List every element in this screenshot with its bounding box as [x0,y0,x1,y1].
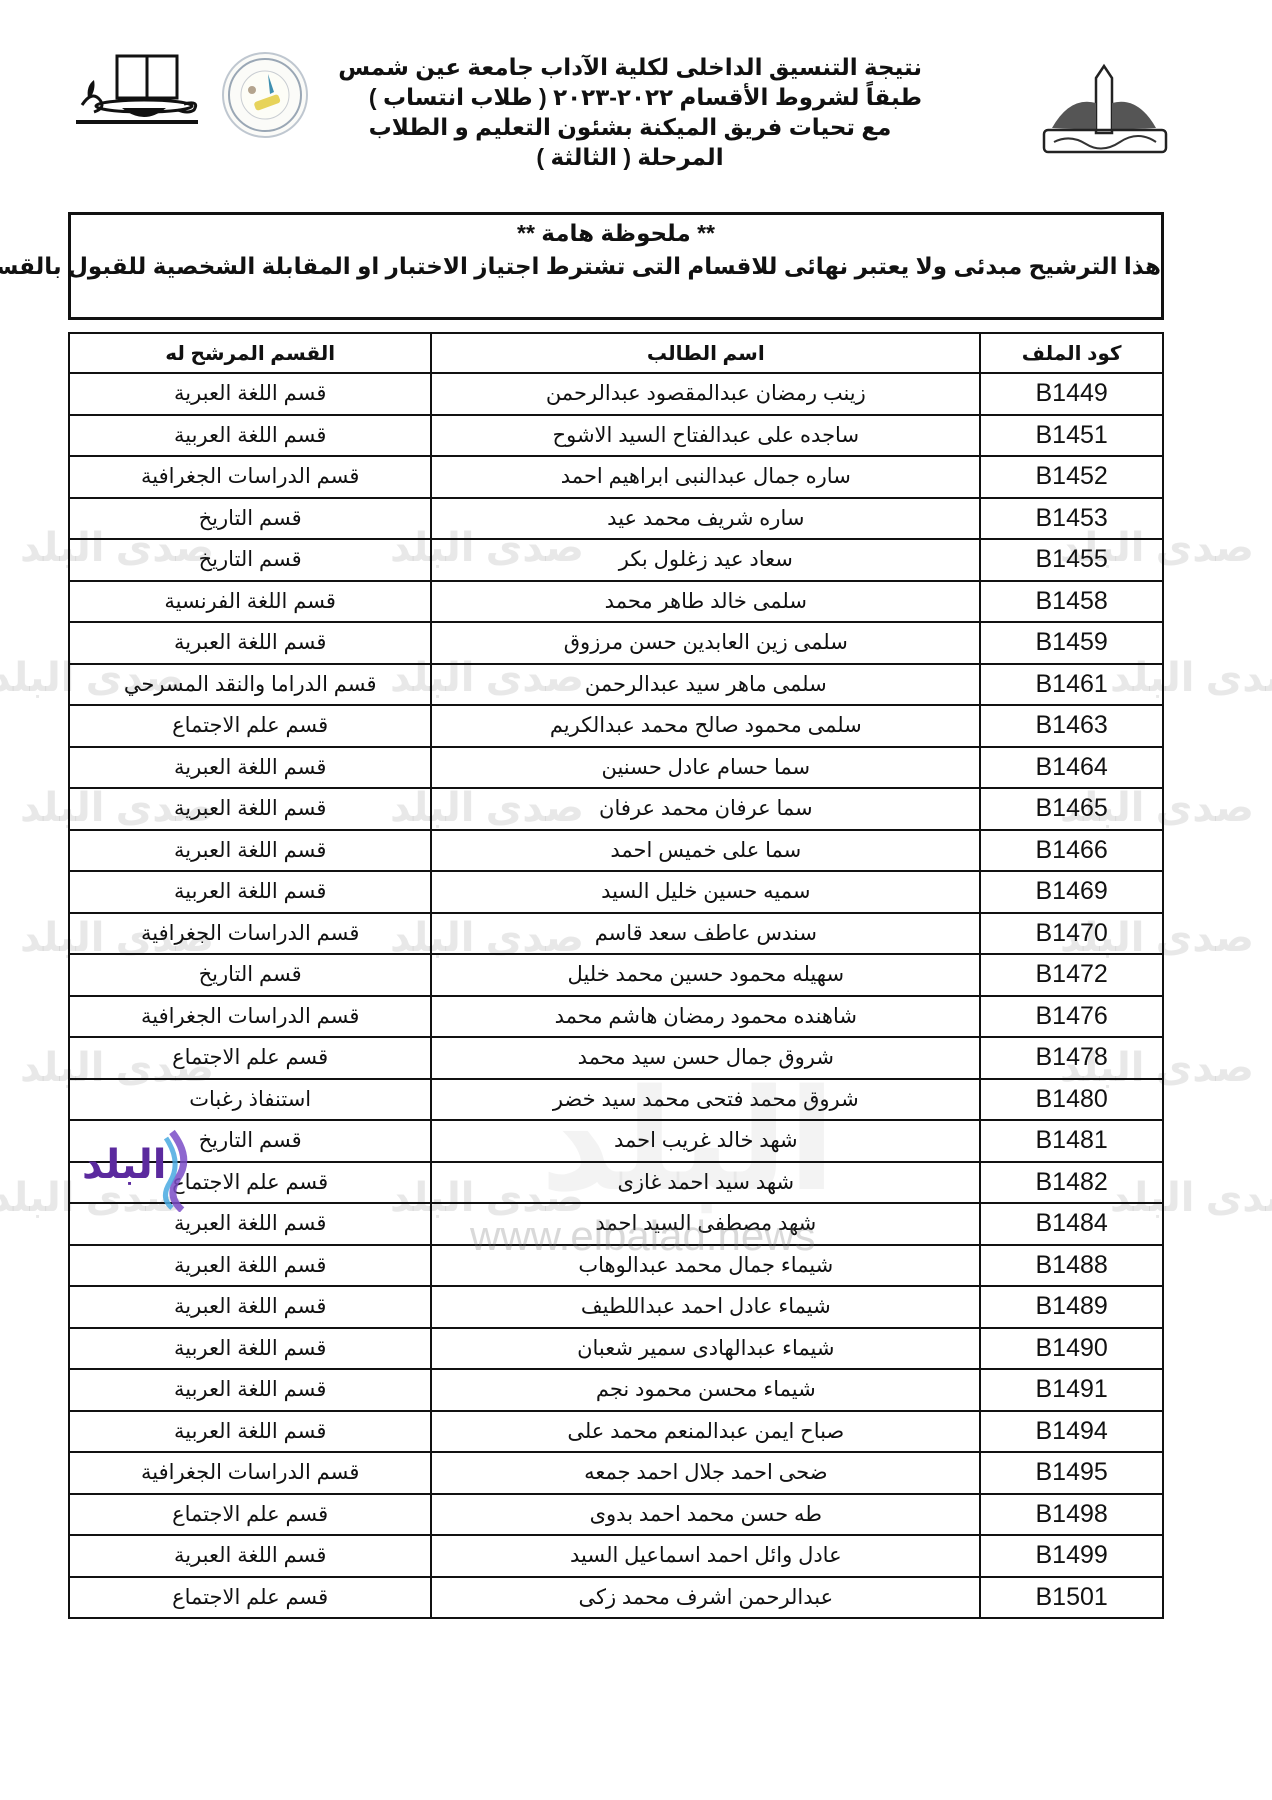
file-code: B1488 [980,1245,1163,1287]
student-name: شاهنده محمود رمضان هاشم محمد [431,996,980,1038]
department: قسم اللغة العبرية [69,1203,431,1245]
column-header-dept: القسم المرشح له [69,333,431,373]
department: قسم علم الاجتماع [69,1162,431,1204]
quality-assurance-logo [222,52,308,138]
student-name: عادل وائل احمد اسماعيل السيد [431,1535,980,1577]
file-code: B1476 [980,996,1163,1038]
table-row: B1466سما على خميس احمدقسم اللغة العبرية [69,830,1163,872]
student-name: زينب رمضان عبدالمقصود عبدالرحمن [431,373,980,415]
file-code: B1461 [980,664,1163,706]
department: قسم اللغة العبرية [69,830,431,872]
department: قسم اللغة العبرية [69,1245,431,1287]
table-row: B1452ساره جمال عبدالنبى ابراهيم احمدقسم … [69,456,1163,498]
department: قسم علم الاجتماع [69,1577,431,1619]
table-row: B1455سعاد عيد زغلول بكرقسم التاريخ [69,539,1163,581]
department: قسم اللغة العبرية [69,622,431,664]
table-row: B1449زينب رمضان عبدالمقصود عبدالرحمنقسم … [69,373,1163,415]
file-code: B1453 [980,498,1163,540]
department: قسم الدراسات الجغرافية [69,1452,431,1494]
file-code: B1469 [980,871,1163,913]
table-row: B1489شيماء عادل احمد عبداللطيفقسم اللغة … [69,1286,1163,1328]
student-name: سما عرفان محمد عرفان [431,788,980,830]
department: قسم اللغة العبرية [69,1535,431,1577]
student-name: شيماء جمال محمد عبدالوهاب [431,1245,980,1287]
file-code: B1464 [980,747,1163,789]
table-row: B1476شاهنده محمود رمضان هاشم محمدقسم الد… [69,996,1163,1038]
lamp-book-icon [62,50,212,130]
student-name: عبدالرحمن اشرف محمد زكى [431,1577,980,1619]
student-name: شهد مصطفى السيد احمد [431,1203,980,1245]
title-line-4: المرحلة ( الثالثة ) [330,142,930,172]
file-code: B1491 [980,1369,1163,1411]
table-row: B1481شهد خالد غريب احمدقسم التاريخ [69,1120,1163,1162]
table-row: B1461سلمى ماهر سيد عبدالرحمنقسم الدراما … [69,664,1163,706]
results-table: كود الملف اسم الطالب القسم المرشح له B14… [68,332,1164,1619]
file-code: B1466 [980,830,1163,872]
department: قسم اللغة العبرية [69,1286,431,1328]
file-code: B1478 [980,1037,1163,1079]
table-row: B1478شروق جمال حسن سيد محمدقسم علم الاجت… [69,1037,1163,1079]
department: قسم اللغة العربية [69,415,431,457]
file-code: B1481 [980,1120,1163,1162]
department: قسم التاريخ [69,498,431,540]
table-row: B1463سلمى محمود صالح محمد عبدالكريمقسم ع… [69,705,1163,747]
student-name: شيماء عادل احمد عبداللطيف [431,1286,980,1328]
department: قسم اللغة العربية [69,1411,431,1453]
student-name: سميه حسين خليل السيد [431,871,980,913]
file-code: B1499 [980,1535,1163,1577]
file-code: B1470 [980,913,1163,955]
file-code: B1472 [980,954,1163,996]
important-notice-box: ** ملحوظة هامة ** هذا الترشيح مبدئى ولا … [68,212,1164,320]
department: قسم اللغة العبرية [69,788,431,830]
table-row: B1484شهد مصطفى السيد احمدقسم اللغة العبر… [69,1203,1163,1245]
student-name: ساره جمال عبدالنبى ابراهيم احمد [431,456,980,498]
department: قسم اللغة العبرية [69,373,431,415]
table-row: B1495ضحى احمد جلال احمد جمعهقسم الدراسات… [69,1452,1163,1494]
department: قسم الدراسات الجغرافية [69,456,431,498]
student-name: ساره شريف محمد عيد [431,498,980,540]
table-row: B1491شيماء محسن محمود نجمقسم اللغة العرب… [69,1369,1163,1411]
student-name: شيماء عبدالهادى سمير شعبان [431,1328,980,1370]
table-header-row: كود الملف اسم الطالب القسم المرشح له [69,333,1163,373]
department: قسم اللغة العبرية [69,747,431,789]
student-name: ساجده على عبدالفتاح السيد الاشوح [431,415,980,457]
file-code: B1463 [980,705,1163,747]
student-name: سلمى زين العابدين حسن مرزوق [431,622,980,664]
department: قسم الدراسات الجغرافية [69,913,431,955]
column-header-name: اسم الطالب [431,333,980,373]
file-code: B1452 [980,456,1163,498]
table-row: B1472سهيله محمود حسين محمد خليلقسم التار… [69,954,1163,996]
department: قسم علم الاجتماع [69,1037,431,1079]
file-code: B1489 [980,1286,1163,1328]
table-row: B1451ساجده على عبدالفتاح السيد الاشوحقسم… [69,415,1163,457]
student-name: سلمى محمود صالح محمد عبدالكريم [431,705,980,747]
student-name: سلمى ماهر سيد عبدالرحمن [431,664,980,706]
file-code: B1482 [980,1162,1163,1204]
file-code: B1490 [980,1328,1163,1370]
student-name: ضحى احمد جلال احمد جمعه [431,1452,980,1494]
student-name: شروق جمال حسن سيد محمد [431,1037,980,1079]
notice-title: ** ملحوظة هامة ** [71,220,1161,247]
student-name: شروق محمد فتحى محمد سيد خضر [431,1079,980,1121]
student-name: سلمى خالد طاهر محمد [431,581,980,623]
table-row: B1480شروق محمد فتحى محمد سيد خضراستنفاذ … [69,1079,1163,1121]
department: قسم التاريخ [69,954,431,996]
student-name: شهد خالد غريب احمد [431,1120,980,1162]
file-code: B1480 [980,1079,1163,1121]
file-code: B1501 [980,1577,1163,1619]
file-code: B1449 [980,373,1163,415]
file-code: B1451 [980,415,1163,457]
ain-shams-university-logo [1030,58,1180,158]
notice-body: هذا الترشيح مبدئى ولا يعتبر نهائى للاقسا… [71,253,1161,280]
title-line-2: طبقاً لشروط الأقسام ٢٠٢٢-٢٠٢٣ ( طلاب انت… [330,82,930,112]
department: قسم التاريخ [69,539,431,581]
table-row: B1453ساره شريف محمد عيدقسم التاريخ [69,498,1163,540]
table-row: B1490شيماء عبدالهادى سمير شعبانقسم اللغة… [69,1328,1163,1370]
department: قسم الدراما والنقد المسرحي [69,664,431,706]
file-code: B1498 [980,1494,1163,1536]
student-name: سعاد عيد زغلول بكر [431,539,980,581]
table-row: B1470سندس عاطف سعد قاسمقسم الدراسات الجغ… [69,913,1163,955]
table-row: B1469سميه حسين خليل السيدقسم اللغة العرب… [69,871,1163,913]
student-name: صباح ايمن عبدالمنعم محمد على [431,1411,980,1453]
table-row: B1465سما عرفان محمد عرفانقسم اللغة العبر… [69,788,1163,830]
table-row: B1494صباح ايمن عبدالمنعم محمد علىقسم الل… [69,1411,1163,1453]
file-code: B1459 [980,622,1163,664]
file-code: B1495 [980,1452,1163,1494]
student-name: سما حسام عادل حسنين [431,747,980,789]
table-row: B1501عبدالرحمن اشرف محمد زكىقسم علم الاج… [69,1577,1163,1619]
table-row: B1499عادل وائل احمد اسماعيل السيدقسم الل… [69,1535,1163,1577]
student-name: سندس عاطف سعد قاسم [431,913,980,955]
file-code: B1494 [980,1411,1163,1453]
department: قسم اللغة العربية [69,1328,431,1370]
department: قسم اللغة العربية [69,1369,431,1411]
quality-seal-icon [224,54,306,136]
table-row: B1458سلمى خالد طاهر محمدقسم اللغة الفرنس… [69,581,1163,623]
obelisk-eagles-icon [1030,58,1180,158]
student-name: شهد سيد احمد غازى [431,1162,980,1204]
column-header-code: كود الملف [980,333,1163,373]
document-header: نتيجة التنسيق الداخلى لكلية الآداب جامعة… [330,52,930,172]
student-name: طه حسن محمد احمد بدوى [431,1494,980,1536]
student-name: شيماء محسن محمود نجم [431,1369,980,1411]
file-code: B1455 [980,539,1163,581]
file-code: B1458 [980,581,1163,623]
table-row: B1464سما حسام عادل حسنينقسم اللغة العبري… [69,747,1163,789]
department: قسم علم الاجتماع [69,1494,431,1536]
title-line-3: مع تحيات فريق الميكنة بشئون التعليم و ال… [330,112,930,142]
department: استنفاذ رغبات [69,1079,431,1121]
department: قسم علم الاجتماع [69,705,431,747]
department: قسم اللغة الفرنسية [69,581,431,623]
department: قسم التاريخ [69,1120,431,1162]
department: قسم الدراسات الجغرافية [69,996,431,1038]
table-row: B1488شيماء جمال محمد عبدالوهابقسم اللغة … [69,1245,1163,1287]
table-row: B1482شهد سيد احمد غازىقسم علم الاجتماع [69,1162,1163,1204]
title-line-1: نتيجة التنسيق الداخلى لكلية الآداب جامعة… [330,52,930,82]
department: قسم اللغة العربية [69,871,431,913]
table-row: B1459سلمى زين العابدين حسن مرزوققسم اللغ… [69,622,1163,664]
student-name: سهيله محمود حسين محمد خليل [431,954,980,996]
faculty-lamp-book-logo [62,50,212,130]
student-name: سما على خميس احمد [431,830,980,872]
file-code: B1484 [980,1203,1163,1245]
file-code: B1465 [980,788,1163,830]
table-row: B1498طه حسن محمد احمد بدوىقسم علم الاجتم… [69,1494,1163,1536]
